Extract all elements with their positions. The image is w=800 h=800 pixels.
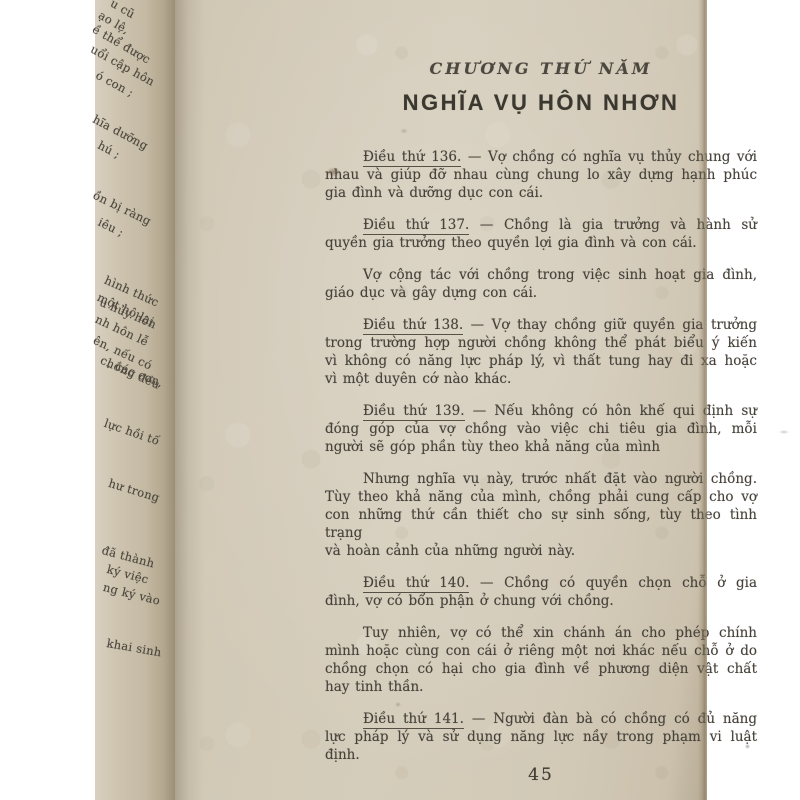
chapter-heading: CHƯƠNG THỨ NĂM bbox=[325, 58, 757, 80]
left-page-text-fragment: hú ; bbox=[95, 138, 122, 161]
articles-body: Điều thứ 136. — Vợ chồng có nghĩa vụ thủ… bbox=[325, 148, 757, 764]
article-paragraph: Điều thứ 138. — Vợ thay chồng giữ quyền … bbox=[325, 316, 757, 388]
article-paragraph: Điều thứ 137. — Chồng là gia trưởng và h… bbox=[325, 216, 757, 252]
page-content: CHƯƠNG THỨ NĂM NGHĨA VỤ HÔN NHƠN Điều th… bbox=[325, 58, 757, 778]
text-line: Điều thứ 138. — Vợ thay chồng giữ quyền … bbox=[325, 316, 757, 334]
text-line: vì không có năng lực pháp lý, vì thất tu… bbox=[325, 352, 757, 370]
left-page-text-fragment: hư trong bbox=[107, 476, 161, 505]
left-page-text-fragment: khai sinh bbox=[106, 636, 163, 659]
article-number-label: Điều thứ 139. bbox=[363, 403, 465, 421]
text-line: Điều thứ 136. — Vợ chồng có nghĩa vụ thủ… bbox=[325, 148, 757, 166]
article-paragraph: Nhưng nghĩa vụ này, trước nhất đặt vào n… bbox=[325, 470, 757, 560]
text-line: định. bbox=[325, 746, 757, 764]
text-line: Nhưng nghĩa vụ này, trước nhất đặt vào n… bbox=[325, 470, 757, 488]
left-page-sliver: u cũạo lệ,ề thể đượcuổi cập hônó con ;hĩ… bbox=[95, 0, 175, 800]
article-number-label: Điều thứ 140. bbox=[363, 575, 469, 593]
text-line: quyền gia trưởng theo quyền lợi gia đình… bbox=[325, 234, 757, 252]
article-number-label: Điều thứ 136. bbox=[363, 149, 461, 167]
article-number-label: Điều thứ 141. bbox=[363, 711, 464, 729]
left-page-text-fragment: lực hồi tố bbox=[102, 416, 161, 448]
left-page-text-fragment: ng ký vào bbox=[102, 580, 162, 608]
article-paragraph: Vợ cộng tác với chồng trong việc sinh ho… bbox=[325, 266, 757, 302]
text-line: Tuy nhiên, vợ có thể xin chánh án cho ph… bbox=[325, 624, 757, 642]
gutter-shadow bbox=[175, 0, 205, 800]
article-paragraph: Điều thứ 139. — Nếu không có hôn khế qui… bbox=[325, 402, 757, 456]
text-line: Điều thứ 139. — Nếu không có hôn khế qui… bbox=[325, 402, 757, 420]
book-photo: u cũạo lệ,ề thể đượcuổi cập hônó con ;hĩ… bbox=[95, 0, 707, 800]
article-number-label: Điều thứ 138. bbox=[363, 317, 463, 335]
text-line: nhau và giúp đỡ nhau cùng chung lo xây d… bbox=[325, 166, 757, 184]
article-number-label: Điều thứ 137. bbox=[363, 217, 469, 235]
text-line: gia đình và dưỡng dục con cái. bbox=[325, 184, 757, 202]
text-line: Tùy theo khả năng của mình, chồng phải c… bbox=[325, 488, 757, 506]
text-line: mình hoặc cùng con cái ở riêng một nơi k… bbox=[325, 642, 757, 660]
article-paragraph: Tuy nhiên, vợ có thể xin chánh án cho ph… bbox=[325, 624, 757, 696]
text-line: Vợ cộng tác với chồng trong việc sinh ho… bbox=[325, 266, 757, 284]
left-page-text-fragment: iêu ; bbox=[96, 215, 126, 239]
text-line: hay tinh thần. bbox=[325, 678, 757, 696]
text-line: đình, vợ có bổn phận ở chung với chồng. bbox=[325, 592, 757, 610]
text-line: trong trường hợp người chồng không thể p… bbox=[325, 334, 757, 352]
article-paragraph: Điều thứ 141. — Người đàn bà có chồng có… bbox=[325, 710, 757, 764]
article-paragraph: Điều thứ 136. — Vợ chồng có nghĩa vụ thủ… bbox=[325, 148, 757, 202]
text-line: vì một duyên cớ nào khác. bbox=[325, 370, 757, 388]
text-line: giáo dục và gây dựng con cái. bbox=[325, 284, 757, 302]
text-line: lực pháp lý và sử dụng năng lực nầy tron… bbox=[325, 728, 757, 746]
text-line: Điều thứ 137. — Chồng là gia trưởng và h… bbox=[325, 216, 757, 234]
text-line: Điều thứ 141. — Người đàn bà có chồng có… bbox=[325, 710, 757, 728]
page-title: NGHĨA VỤ HÔN NHƠN bbox=[325, 88, 757, 118]
text-line: con những thứ cần thiết cho sự sinh sống… bbox=[325, 506, 757, 542]
text-line: đóng góp của vợ chồng vào việc chi tiêu … bbox=[325, 420, 757, 438]
text-line: Điều thứ 140. — Chồng có quyền chọn chỗ … bbox=[325, 574, 757, 592]
text-line: chồng chọn có hại cho gia đình về phương… bbox=[325, 660, 757, 678]
page-number: 45 bbox=[325, 765, 757, 785]
text-line: và hoàn cảnh của những người này. bbox=[325, 542, 757, 560]
article-paragraph: Điều thứ 140. — Chồng có quyền chọn chỗ … bbox=[325, 574, 757, 610]
text-line: người sẽ góp phần tùy theo khả năng của … bbox=[325, 438, 757, 456]
paper-stain bbox=[779, 430, 789, 434]
